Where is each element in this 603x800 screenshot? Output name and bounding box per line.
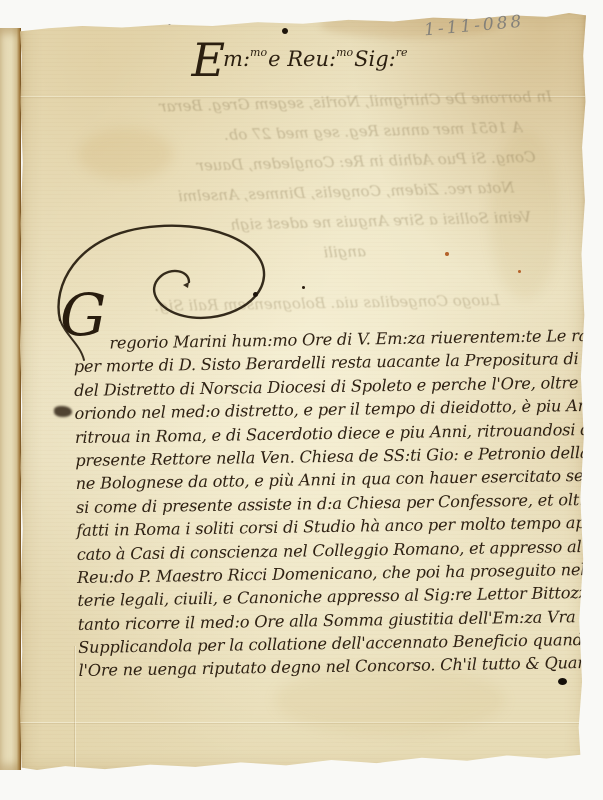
ink-spot bbox=[302, 286, 305, 289]
salutation-initial: E bbox=[191, 33, 223, 87]
foxing-spot bbox=[518, 270, 521, 273]
salutation-text: e Reu: bbox=[268, 47, 336, 71]
salutation-line: Em:moe Reu:moSig:re bbox=[140, 40, 460, 80]
ink-spot bbox=[168, 22, 171, 25]
salutation-text: Sig: bbox=[354, 47, 396, 71]
salutation-superscript: re bbox=[396, 46, 408, 59]
vertical-fold-crease bbox=[74, 646, 77, 773]
ink-smudge bbox=[54, 406, 72, 417]
manuscript-body: regorio Marini hum:mo Ore di V. Em:za ri… bbox=[73, 324, 586, 683]
foxing-spot bbox=[445, 252, 449, 256]
salutation-text: m: bbox=[223, 47, 250, 71]
ink-spot bbox=[253, 292, 258, 297]
manuscript-page: In borrone De Chirigmil, Norlis, segem G… bbox=[20, 10, 586, 773]
ink-spot bbox=[282, 28, 288, 34]
salutation-superscript: mo bbox=[250, 46, 267, 59]
adjacent-page-edge bbox=[0, 28, 21, 770]
salutation-superscript: mo bbox=[336, 46, 353, 59]
ink-spot bbox=[558, 678, 567, 685]
